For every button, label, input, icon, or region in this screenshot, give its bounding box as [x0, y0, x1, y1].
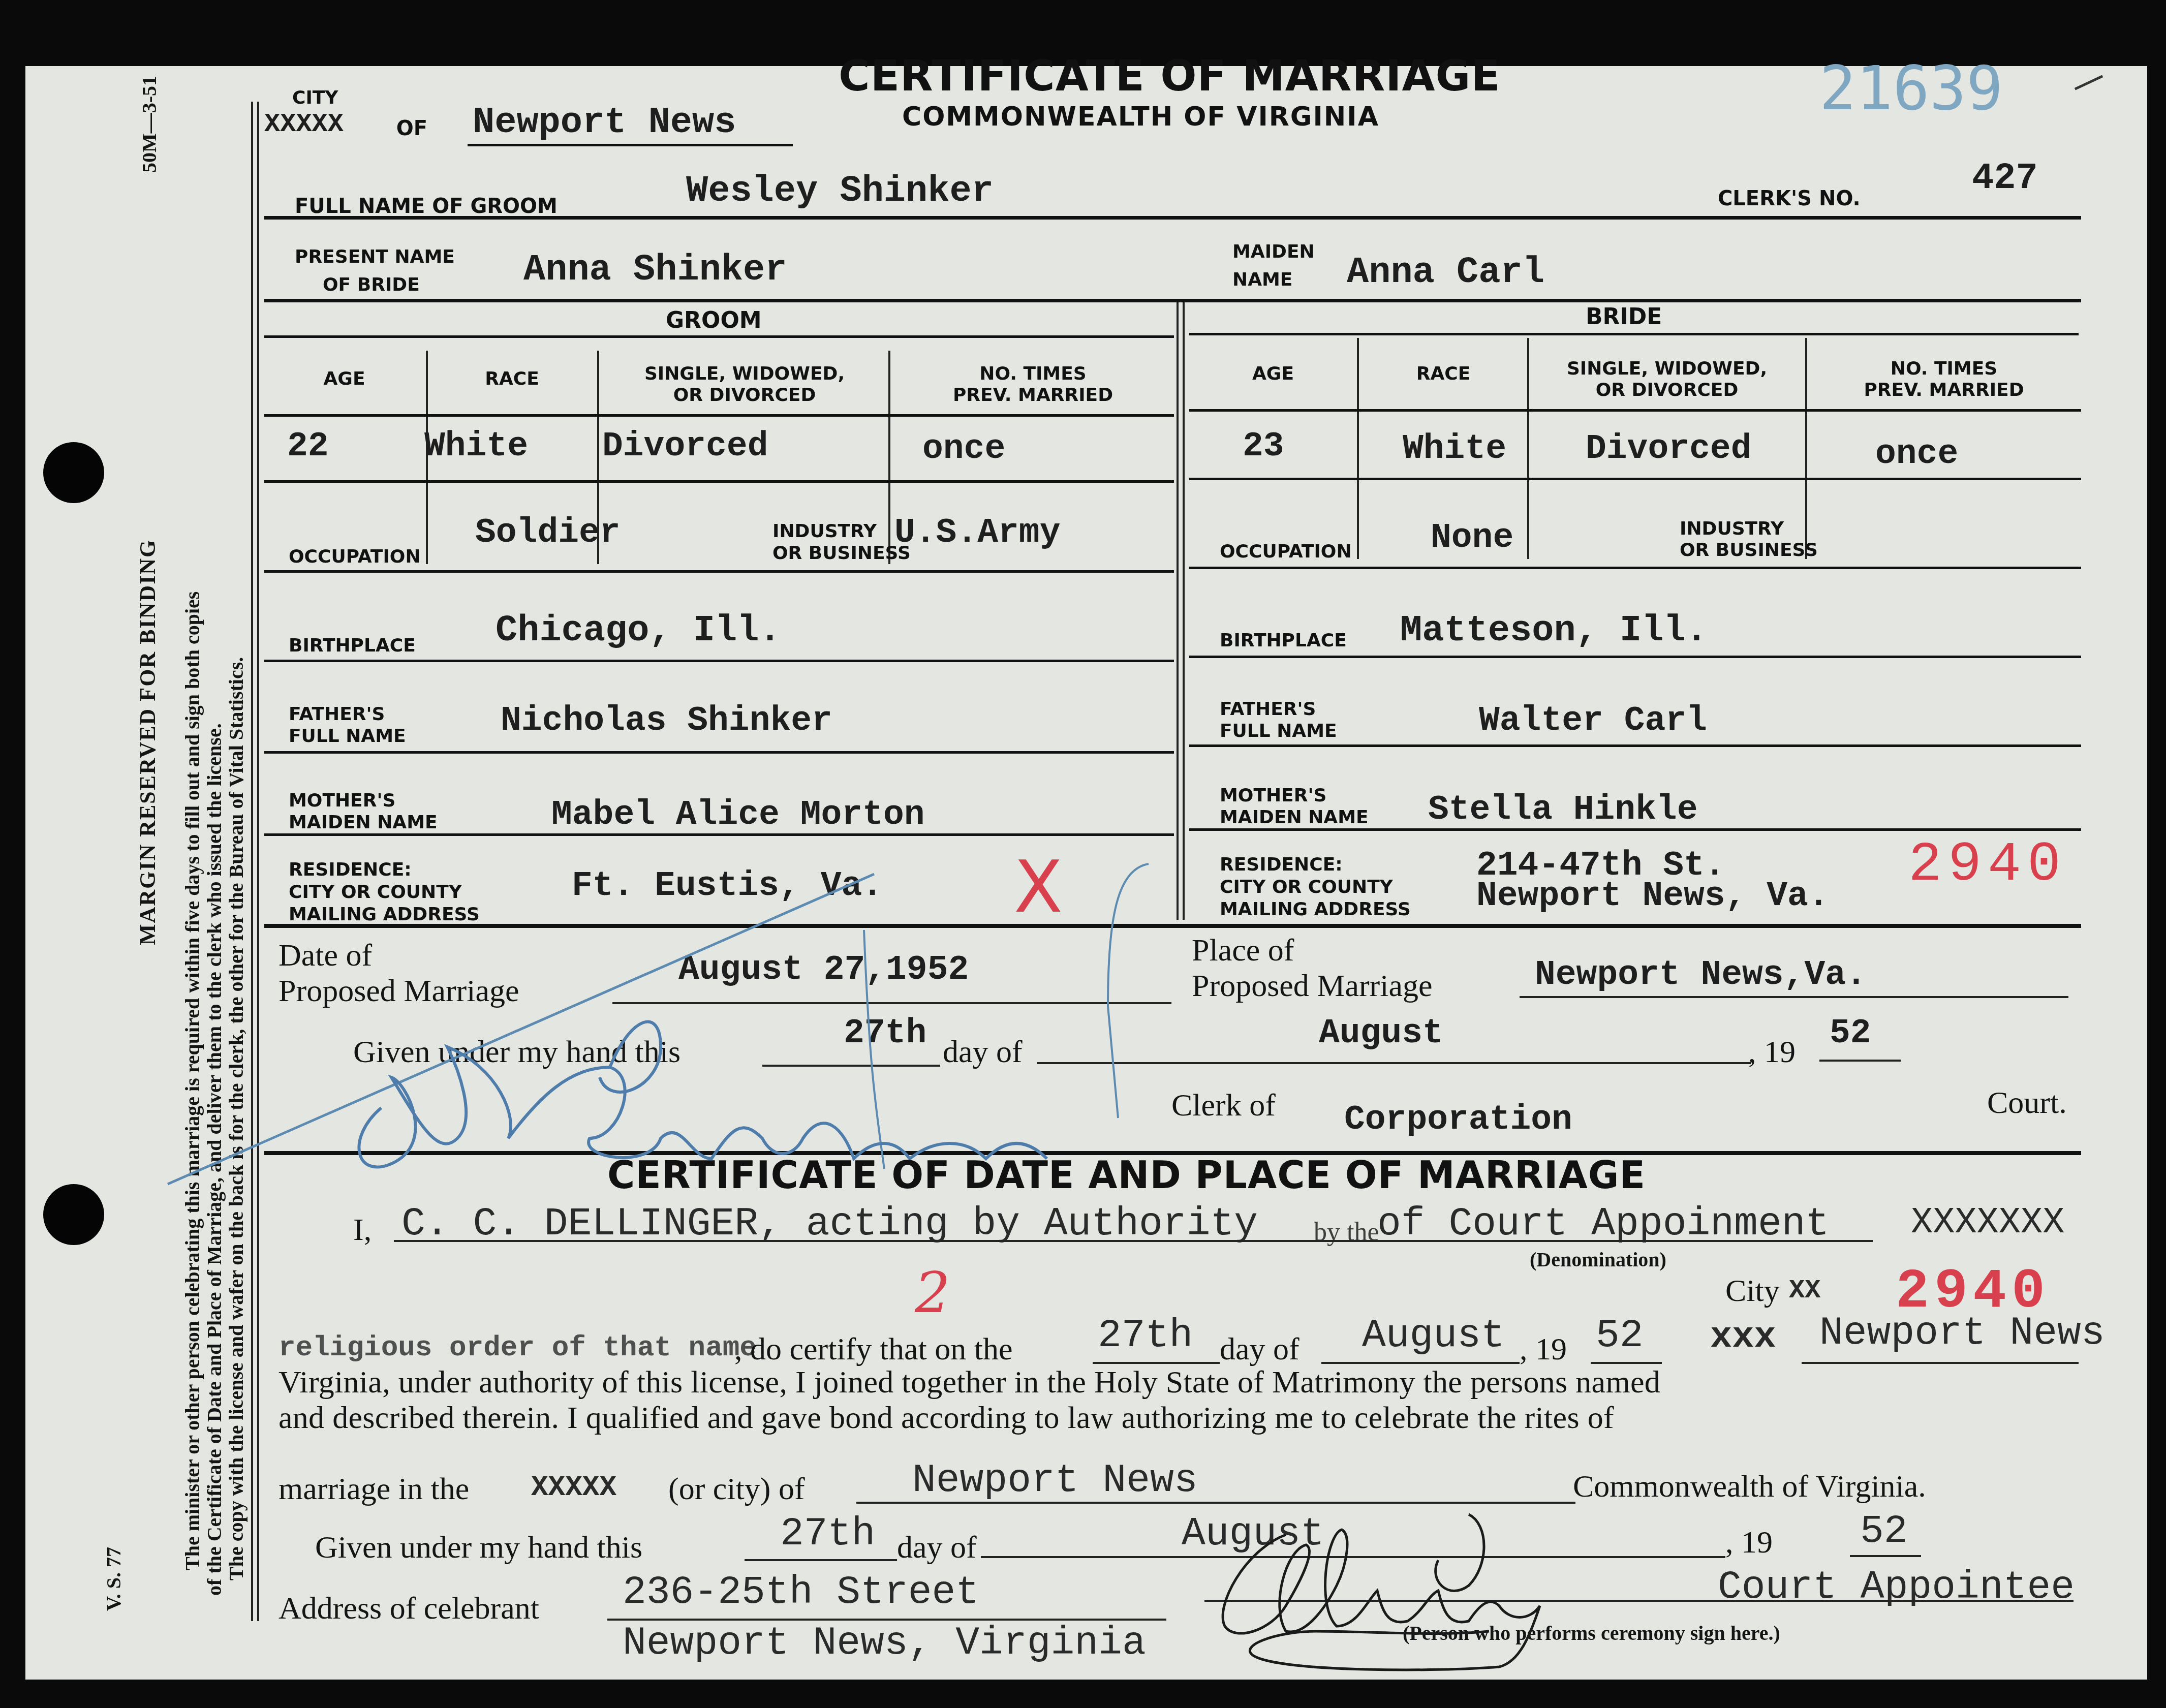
rule-headings-groom: [264, 335, 1174, 338]
cert-commonwealth: Commonwealth of Virginia.: [1573, 1469, 1926, 1505]
rule-bride-father: [1189, 744, 2081, 747]
maiden-name-value: Anna Carl: [1347, 252, 1544, 293]
rule-bride-col-headers: [1189, 409, 2081, 412]
bride-present-value: Anna Shinker: [523, 249, 787, 291]
proposed-place: Newport News,Va.: [1535, 955, 1867, 995]
signer-title: Court Appointee: [1718, 1565, 2075, 1610]
times-header-1: NO. TIMES: [1891, 358, 1997, 379]
cert-religious-struck: religious order of that name: [279, 1331, 757, 1364]
celebrant-address-line-2: Newport News, Virginia: [623, 1621, 1146, 1666]
celebrant-address-line-1: 236-25th Street: [623, 1570, 979, 1615]
groom-mother: Mabel Alice Morton: [551, 795, 925, 834]
bride-birthplace-label: BIRTHPLACE: [1220, 630, 1347, 651]
status-header-2: OR DIVORCED: [1596, 380, 1739, 400]
bride-heading: BRIDE: [1586, 304, 1662, 330]
stamp-number: 21639: [1819, 53, 2003, 124]
city-label: CITY: [292, 87, 338, 109]
county-underline: [468, 144, 793, 146]
bride-age-header: AGE: [1189, 363, 1357, 385]
groom-industry-label-2: OR BUSINESS: [772, 543, 911, 564]
groom-race-header: RACE: [427, 368, 597, 390]
cert-marriage-city-underline: [856, 1502, 1575, 1504]
groom-father-label: FATHER'S: [289, 704, 385, 725]
bride-times-married: once: [1875, 434, 1958, 474]
celebrant-address-underline: [607, 1619, 1166, 1621]
license-year-underline: [1819, 1060, 1901, 1062]
bride-mother-label: MOTHER'S: [1220, 785, 1326, 806]
form-code: 50M—3-51: [137, 76, 161, 173]
court-name: Corporation: [1344, 1100, 1572, 1139]
cert-given-day-of: day of: [897, 1530, 977, 1566]
residence-label-3: MAILING ADDRESS: [1220, 899, 1411, 920]
groom-col-divider-3: [888, 351, 890, 564]
groom-birthplace-label: BIRTHPLACE: [289, 635, 416, 657]
groom-father-label-2: FULL NAME: [289, 726, 406, 747]
bride-age: 23: [1243, 427, 1284, 466]
cert-city-label: City: [1725, 1273, 1780, 1309]
bride-times-header: NO. TIMESPREV. MARRIED: [1807, 358, 2081, 401]
groom-father: Nicholas Shinker: [501, 701, 832, 740]
groom-mother-label: MOTHER'S: [289, 790, 395, 812]
groom-heading: GROOM: [666, 307, 762, 333]
place-label-1: Place of: [1192, 933, 1294, 969]
cert-red-two: 2: [915, 1260, 950, 1325]
binder-hole-bottom: [43, 1184, 104, 1245]
bride-col-divider-3: [1805, 338, 1807, 559]
cert-county-struck: XXXXX: [531, 1471, 616, 1504]
times-header-2: PREV. MARRIED: [1864, 380, 2024, 400]
rule-groom-values: [264, 480, 1174, 483]
cert-church-struck: XXXXXXX: [1911, 1202, 2064, 1244]
bride-mother: Stella Hinkle: [1428, 790, 1698, 829]
cert-celebrant-underline: [394, 1240, 1873, 1242]
license-given-month: August: [1319, 1014, 1443, 1053]
bride-status: Divorced: [1586, 429, 1751, 469]
groom-birthplace: Chicago, Ill.: [496, 610, 781, 651]
bride-red-code: 2940: [1908, 833, 2067, 897]
groom-bride-divider: [1177, 302, 1179, 920]
bride-race-header: RACE: [1359, 363, 1527, 385]
cert-given-year: 52: [1860, 1509, 1908, 1554]
status-header-2: OR DIVORCED: [673, 385, 816, 406]
cert-denomination: (Denomination): [1530, 1248, 1666, 1271]
rule-bride-occupation: [1189, 567, 2081, 569]
cert-day: 27th: [1098, 1314, 1193, 1358]
bride-residence-label: RESIDENCE:CITY OR COUNTYMAILING ADDRESS: [1220, 854, 1411, 921]
bride-col-divider-1: [1357, 338, 1359, 559]
cert-month-underline: [1321, 1362, 1520, 1364]
groom-status-header: SINGLE, WIDOWED,OR DIVORCED: [600, 363, 889, 406]
cert-month: August: [1362, 1314, 1505, 1358]
rule-headings-bride: [1189, 333, 2079, 335]
groom-times-header: NO. TIMESPREV. MARRIED: [892, 363, 1174, 406]
place-underline: [1520, 996, 2068, 998]
cert-year-underline: [1591, 1362, 1662, 1364]
rule-groom-occupation: [264, 570, 1174, 573]
bride-status-header: SINGLE, WIDOWED,OR DIVORCED: [1530, 358, 1804, 401]
rule-bride-birthplace: [1189, 656, 2081, 658]
rule-bride-values: [1189, 478, 2081, 480]
cert-marriage-in: marriage in the: [279, 1471, 469, 1507]
cert-place-underline: [1802, 1362, 2079, 1364]
bride-industry-label-2: OR BUSINESS: [1680, 540, 1818, 561]
bride-race: White: [1403, 429, 1506, 469]
cert-city-struck: XX: [1789, 1276, 1820, 1306]
certificate-subtitle: COMMONWEALTH OF VIRGINIA: [902, 102, 1379, 132]
cert-co-struck: xxx: [1710, 1316, 1776, 1358]
groom-occupation-label: OCCUPATION: [289, 546, 421, 568]
groom-mother-label-2: MAIDEN NAME: [289, 812, 438, 833]
bride-industry-label: INDUSTRY: [1680, 518, 1784, 540]
maiden-name-label-2: NAME: [1232, 269, 1292, 291]
cert-given-day-underline: [745, 1559, 897, 1561]
clerks-no-label: CLERK'S NO.: [1718, 188, 1861, 209]
bride-father: Walter Carl: [1479, 701, 1707, 740]
cert-or-city: (or city) of: [668, 1471, 805, 1507]
bride-residence-line-2: Newport News, Va.: [1476, 877, 1829, 916]
status-header-1: SINGLE, WIDOWED,: [1567, 358, 1767, 379]
groom-name-label: FULL NAME OF GROOM: [295, 196, 558, 217]
groom-status: Divorced: [602, 427, 768, 466]
license-year-prefix: , 19: [1748, 1034, 1796, 1070]
bride-father-label: FATHER'S: [1220, 699, 1316, 720]
clerk-of-label: Clerk of: [1171, 1088, 1276, 1124]
certificate-section-heading: CERTIFICATE OF DATE AND PLACE OF MARRIAG…: [607, 1154, 1646, 1197]
cert-year: 52: [1596, 1314, 1644, 1358]
cert-place: Newport News: [1819, 1311, 2105, 1356]
bride-birthplace: Matteson, Ill.: [1400, 610, 1708, 651]
groom-race: White: [424, 427, 528, 466]
cert-body-line-1: Virginia, under authority of this licens…: [279, 1364, 1660, 1401]
bride-present-label-2: OF BRIDE: [323, 274, 420, 296]
county-struck: XXXXX: [264, 109, 344, 139]
bride-col-divider-2: [1527, 338, 1529, 559]
bride-occupation: None: [1431, 518, 1513, 557]
cert-given-day: 27th: [780, 1512, 875, 1557]
bride-occupation-label: OCCUPATION: [1220, 541, 1352, 563]
cert-day-underline: [1093, 1362, 1220, 1364]
cert-by-the: by the: [1314, 1217, 1379, 1247]
groom-industry: U.S.Army: [894, 513, 1060, 552]
cert-certify-text: , do certify that on the: [734, 1331, 1013, 1368]
rule-groom-father: [264, 751, 1174, 754]
cert-given-year-underline: [1850, 1555, 1921, 1557]
status-header-1: SINGLE, WIDOWED,: [644, 363, 845, 384]
court-label: Court.: [1987, 1085, 2067, 1121]
groom-age-header: AGE: [264, 368, 424, 390]
rule-groom-name: [264, 216, 2081, 220]
cert-i-label: I,: [353, 1212, 372, 1248]
form-number: V. S. 77: [102, 1547, 126, 1611]
residence-label-1: RESIDENCE:: [1220, 854, 1343, 875]
binder-hole-top: [43, 442, 104, 503]
groom-occupation: Soldier: [475, 513, 621, 552]
groom-name-value: Wesley Shinker: [686, 170, 994, 212]
celebrant-address-label: Address of celebrant: [279, 1591, 539, 1627]
place-label-2: Proposed Marriage: [1192, 968, 1432, 1004]
groom-bride-divider-2: [1183, 302, 1185, 920]
bride-present-label: PRESENT NAME: [295, 246, 455, 268]
groom-times-married: once: [922, 429, 1005, 469]
cert-marriage-city: Newport News: [912, 1458, 1198, 1503]
cert-day-of: day of: [1220, 1331, 1299, 1368]
residence-label-2: CITY OR COUNTY: [1220, 877, 1393, 897]
cert-body-line-2: and described therein. I qualified and g…: [279, 1400, 1614, 1436]
maiden-name-label: MAIDEN: [1232, 241, 1315, 263]
cert-year-prefix: , 19: [1520, 1331, 1567, 1368]
rule-groom-birthplace: [264, 660, 1174, 662]
celebrant-signature: [1184, 1504, 1743, 1677]
cert-given-label: Given under my hand this: [315, 1530, 642, 1566]
groom-age: 22: [287, 427, 329, 466]
groom-industry-label: INDUSTRY: [772, 521, 877, 542]
license-given-year: 52: [1830, 1014, 1871, 1053]
certificate-title: CERTIFICATE OF MARRIAGE: [839, 51, 1501, 101]
rule-bride-mother: [1189, 828, 2081, 831]
times-header-2: PREV. MARRIED: [953, 385, 1113, 406]
clerks-no-value: 427: [1972, 158, 2038, 199]
county-value: Newport News: [473, 102, 736, 143]
rule-bride-name: [264, 299, 2081, 302]
bride-father-label-2: FULL NAME: [1220, 721, 1337, 742]
bride-mother-label-2: MAIDEN NAME: [1220, 807, 1369, 828]
county-of-label: OF: [361, 118, 427, 139]
rule-groom-col-headers: [264, 414, 1174, 417]
rule-groom-mother: [264, 833, 1174, 836]
times-header-1: NO. TIMES: [979, 363, 1086, 384]
